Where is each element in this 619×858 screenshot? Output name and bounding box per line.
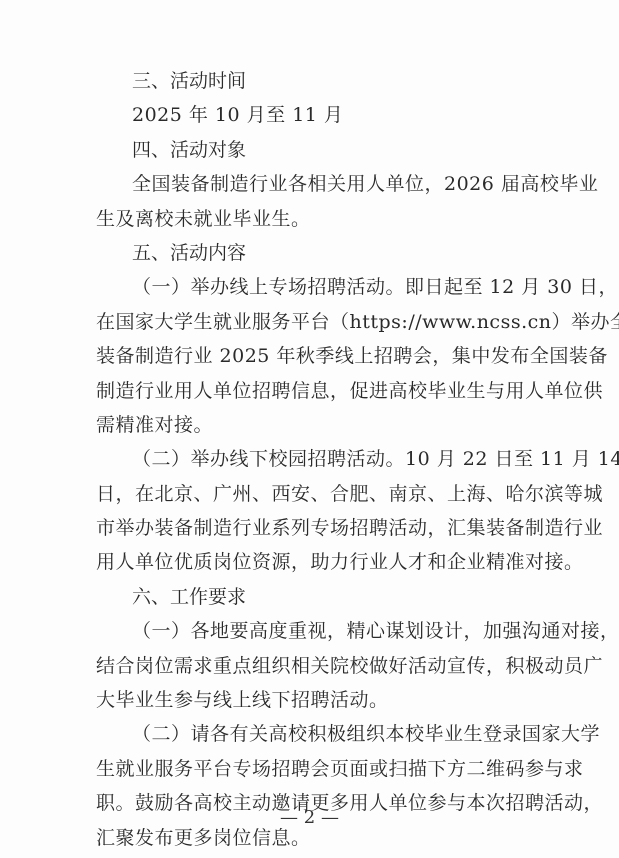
section-heading-requirements: 六、工作要求 xyxy=(96,580,529,614)
requirements-text-5: 生就业服务平台专场招聘会页面或扫描下方二维码参与求 xyxy=(96,752,529,786)
section-heading-target: 四、活动对象 xyxy=(96,133,529,167)
target-text-1: 全国装备制造行业各相关用人单位，2026 届高校毕业 xyxy=(96,167,529,201)
document-page: 三、活动时间 2025 年 10 月至 11 月 四、活动对象 全国装备制造行业… xyxy=(96,64,529,855)
requirements-text-2: 结合岗位需求重点组织相关院校做好活动宣传，积极动员广 xyxy=(96,649,529,683)
content-text-6: （二）举办线下校园招聘活动。10 月 22 日至 11 月 14 xyxy=(96,442,529,476)
requirements-text-1: （一）各地要高度重视，精心谋划设计，加强沟通对接， xyxy=(96,614,529,648)
content-text-4: 制造行业用人单位招聘信息，促进高校毕业生与用人单位供 xyxy=(96,374,529,408)
content-text-7: 日，在北京、广州、西安、合肥、南京、上海、哈尔滨等城 xyxy=(96,477,529,511)
content-text-1: （一）举办线上专场招聘活动。即日起至 12 月 30 日， xyxy=(96,270,529,304)
section-heading-time: 三、活动时间 xyxy=(96,64,529,98)
target-text-2: 生及离校未就业毕业生。 xyxy=(96,202,529,236)
requirements-text-3: 大毕业生参与线上线下招聘活动。 xyxy=(96,683,529,717)
section-heading-content: 五、活动内容 xyxy=(96,236,529,270)
time-text: 2025 年 10 月至 11 月 xyxy=(96,98,529,132)
content-text-3: 装备制造行业 2025 年秋季线上招聘会，集中发布全国装备 xyxy=(96,339,529,373)
content-text-5: 需精准对接。 xyxy=(96,408,529,442)
content-text-9: 用人单位优质岗位资源，助力行业人才和企业精准对接。 xyxy=(96,545,529,579)
content-text-2: 在国家大学生就业服务平台（https://www.ncss.cn）举办全国 xyxy=(96,305,529,339)
requirements-text-4: （二）请各有关高校积极组织本校毕业生登录国家大学 xyxy=(96,717,529,751)
content-text-8: 市举办装备制造行业系列专场招聘活动，汇集装备制造行业 xyxy=(96,511,529,545)
page-number: — 2 — xyxy=(0,807,619,828)
